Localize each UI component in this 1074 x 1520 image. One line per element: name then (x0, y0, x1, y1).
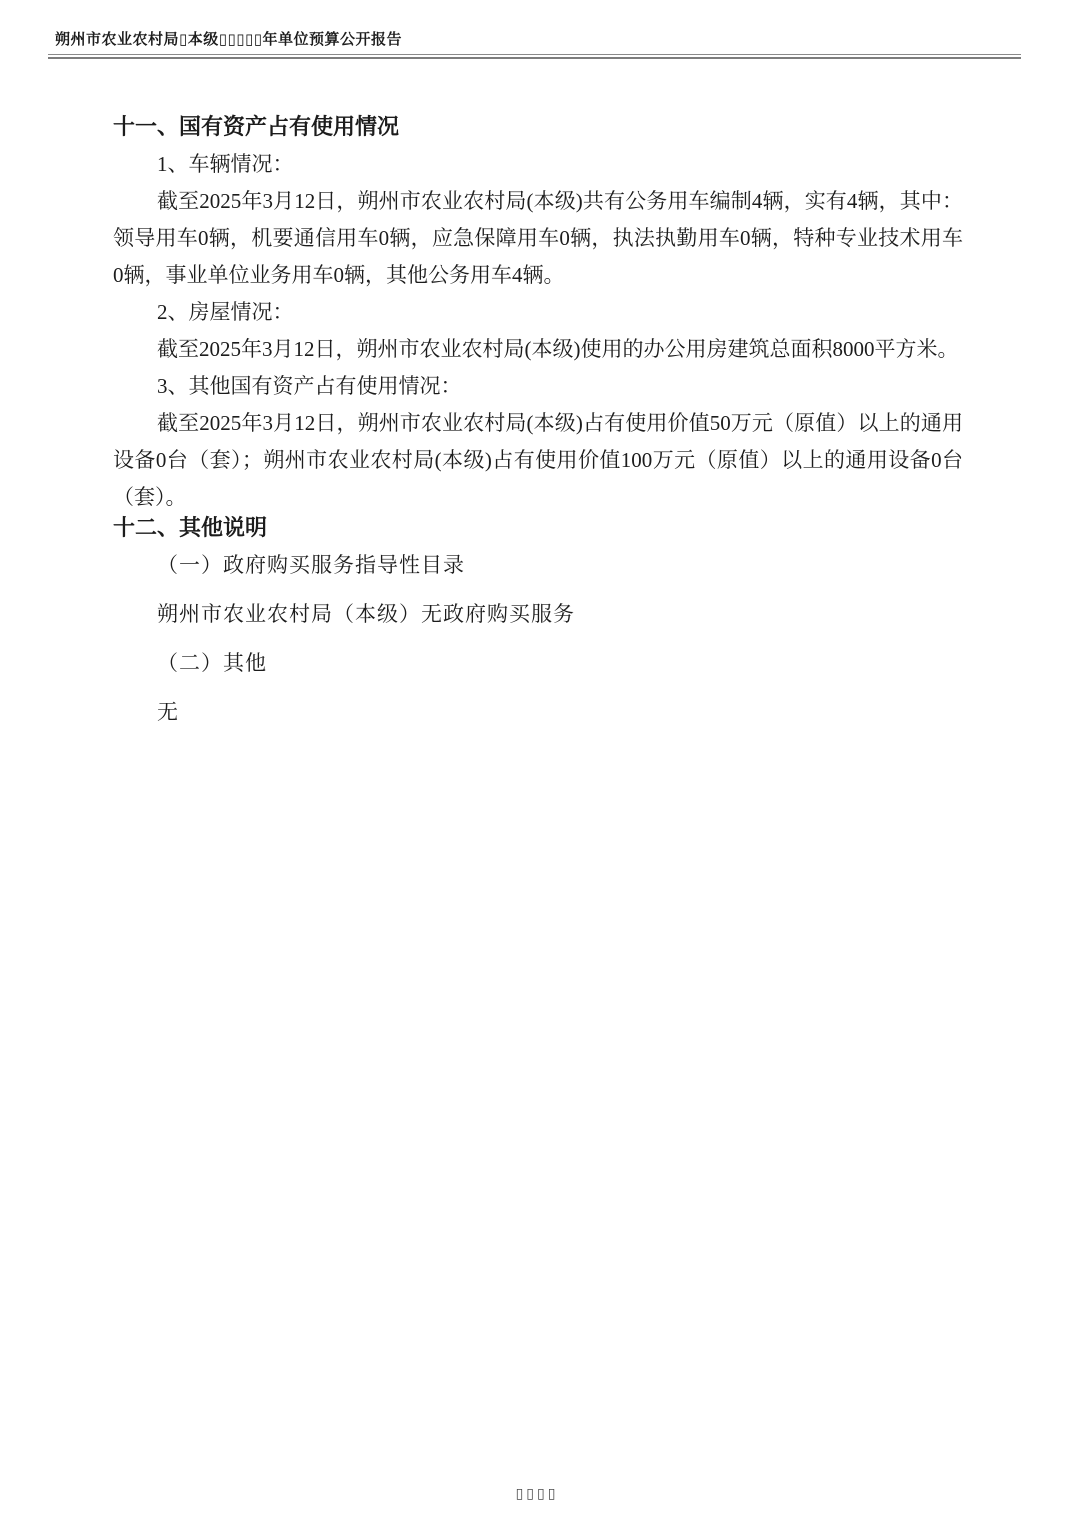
line-other: （二）其他 (113, 645, 963, 682)
page-header-title: 朔州市农业农村局▯本级▯▯▯▯▯年单位预算公开报告 (55, 28, 402, 49)
document-body: 十一、国有资产占有使用情况 1、车辆情况： 截至2025年3月12日，朔州市农业… (113, 59, 963, 731)
paragraph-other-assets: 截至2025年3月12日，朔州市农业农村局(本级)占有使用价值50万元（原值）以… (113, 405, 963, 516)
section-heading-state-assets: 十一、国有资产占有使用情况 (113, 109, 963, 146)
paragraph-housing: 截至2025年3月12日，朔州市农业农村局(本级)使用的办公用房建筑总面积800… (113, 331, 963, 368)
line-none: 无 (113, 694, 963, 731)
section-heading-other-notes: 十二、其他说明 (113, 510, 963, 547)
subheading-other-assets: 3、其他国有资产占有使用情况： (113, 368, 963, 405)
paragraph-vehicles: 截至2025年3月12日，朔州市农业农村局(本级)共有公务用车编制4辆，实有4辆… (113, 183, 963, 294)
line-gov-purchase-catalog: （一）政府购买服务指导性目录 (113, 547, 963, 584)
subheading-housing: 2、房屋情况： (113, 294, 963, 331)
document-page: 朔州市农业农村局▯本级▯▯▯▯▯年单位预算公开报告 十一、国有资产占有使用情况 … (0, 0, 1074, 1520)
page-number: ▯▯▯▯ (0, 1486, 1074, 1502)
subheading-vehicles: 1、车辆情况： (113, 146, 963, 183)
line-no-gov-purchase: 朔州市农业农村局（本级）无政府购买服务 (113, 596, 963, 633)
